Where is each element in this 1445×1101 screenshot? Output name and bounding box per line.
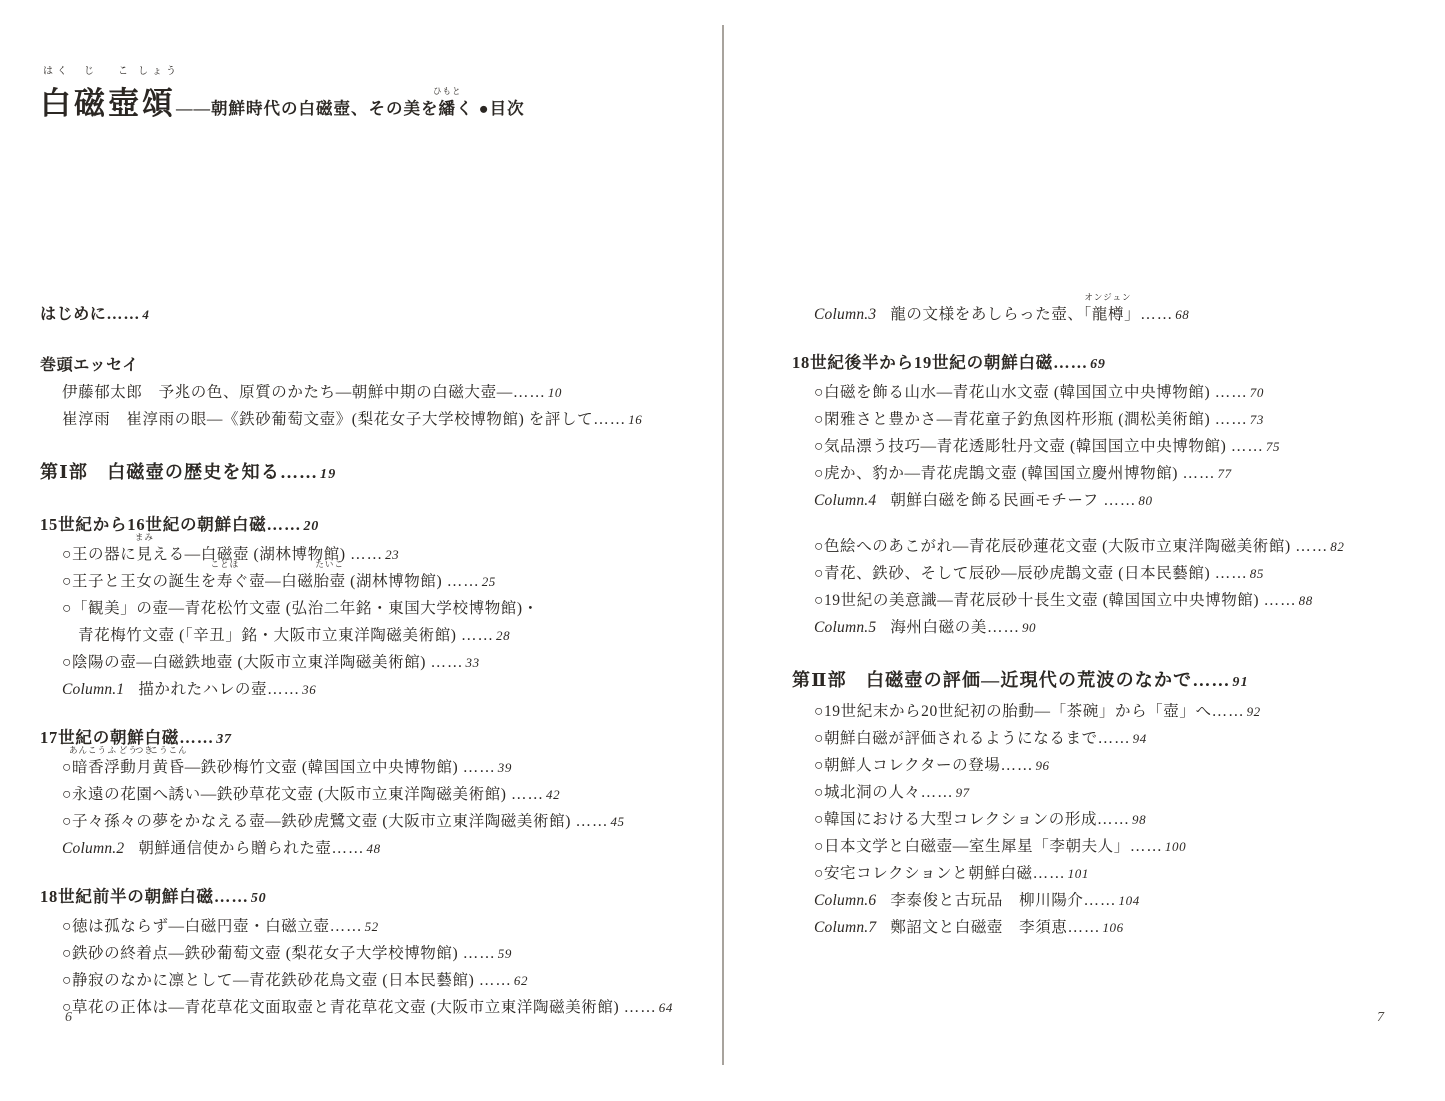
ruby-annotated-text: 寿ことほ: [217, 568, 233, 595]
toc-page-number: 50: [249, 891, 267, 906]
toc-entry-text: ○朝鮮白磁が評価されるようになるまで: [814, 730, 1098, 747]
toc-page-number: 69: [1088, 357, 1106, 372]
toc-dot-leader: ……: [1295, 538, 1328, 555]
toc-dot-leader: ……: [1000, 757, 1033, 774]
toc-entry-text: ○陰陽の壺―白磁鉄地壺 (大阪市立東洋陶磁美術館): [62, 654, 431, 671]
toc-dot-leader: ……: [1067, 919, 1100, 936]
toc-right-column: Column.3龍の文様をあしらった壺、「龍樽オンジュン」……6818世紀後半か…: [792, 301, 1344, 941]
toc-line-item: ○子々孫々の夢をかなえる壺―鉄砂虎鷺文壺 (大阪市立東洋陶磁美術館) ……45: [40, 808, 673, 835]
toc-page-number: 82: [1328, 539, 1344, 554]
toc-entry-text: ○城北洞の人々: [814, 784, 921, 801]
toc-column-label: Column.7: [814, 919, 876, 936]
toc-line-sect: 18世紀前半の朝鮮白磁……50: [40, 883, 673, 913]
toc-page-number: 59: [496, 946, 512, 961]
toc-page-number: 37: [214, 732, 232, 747]
toc-dot-leader: ……: [350, 546, 383, 563]
toc-line-item: ○暗香あんこう浮ふ動どう月つき黄昏こうこん―鉄砂梅竹文壺 (韓国国立中央博物館)…: [40, 754, 673, 781]
toc-dot-leader: ……: [1192, 670, 1230, 690]
toc-page-number: 39: [496, 760, 512, 775]
toc-entry-text: ○永遠の花園へ誘い―鉄砂草花文壺 (大阪市立東洋陶磁美術館): [62, 786, 511, 803]
toc-entry-text: ○朝鮮人コレクターの登場: [814, 757, 1000, 774]
toc-page-number: 23: [383, 547, 399, 562]
toc-dot-leader: ……: [1033, 865, 1066, 882]
toc-line-essay-item: 崔淳雨 崔淳雨の眼―《鉄砂葡萄文壺》(梨花女子大学校博物館) を評して……16: [40, 406, 673, 433]
toc-dot-leader: ……: [511, 786, 544, 803]
toc-page-number: 92: [1245, 704, 1261, 719]
toc-entry-text: ○青花、鉄砂、そして辰砂―辰砂虎鵲文壺 (日本民藝館): [814, 565, 1215, 582]
toc-page-number: 33: [464, 655, 480, 670]
toc-line-item: ○朝鮮白磁が評価されるようになるまで……94: [792, 725, 1344, 752]
toc-entry-text: ○徳は孤ならず―白磁円壺・白磁立壺: [62, 918, 330, 935]
ruby-annotated-text: 見まみ: [136, 541, 152, 568]
toc-dot-leader: ……: [332, 840, 365, 857]
toc-entry-text: 巻頭エッセイ: [40, 357, 139, 374]
toc-entry-text: ○鉄砂の終着点―鉄砂葡萄文壺 (梨花女子大学校博物館): [62, 945, 463, 962]
toc-line-column: Column.1描かれたハレの壺……36: [40, 676, 673, 703]
toc-line-item: ○気品漂う技巧―青花透彫牡丹文壺 (韓国国立中央博物館) ……75: [792, 433, 1344, 460]
toc-entry-text: ○「観美」の壺―青花松竹文壺 (弘治二年銘・東国大学校博物館)・: [62, 600, 539, 617]
toc-page-number: 104: [1117, 893, 1140, 908]
ruby-annotated-text: 繙ひもと: [439, 95, 457, 119]
toc-entry-text: ○王の器に見まみえる―白磁壺 (湖林博物館): [62, 546, 350, 563]
toc-line-item: ○王の器に見まみえる―白磁壺 (湖林博物館) ……23: [40, 541, 673, 568]
toc-page-number: 100: [1163, 839, 1186, 854]
toc-line-plain: はじめに……4: [40, 301, 673, 328]
toc-page-number: 16: [626, 412, 642, 427]
toc-dot-leader: ……: [1140, 306, 1173, 323]
toc-page-number: 73: [1248, 412, 1264, 427]
toc-entry-text: 18世紀後半から19世紀の朝鮮白磁: [792, 353, 1053, 372]
toc-dot-leader: ……: [479, 972, 512, 989]
toc-line-item: ○朝鮮人コレクターの登場……96: [792, 752, 1344, 779]
toc-line-item: ○安宅コレクションと朝鮮白磁……101: [792, 860, 1344, 887]
toc-dot-leader: ……: [1183, 465, 1216, 482]
book-title-subtitle: ――朝鮮時代の白磁壺、その美を繙ひもとく ●目次: [176, 95, 525, 119]
toc-page-number: 106: [1100, 920, 1123, 935]
toc-entry-text: 描かれたハレの壺: [138, 681, 267, 698]
toc-dot-leader: ……: [267, 681, 300, 698]
toc-line-item: ○「観美」の壺―青花松竹文壺 (弘治二年銘・東国大学校博物館)・: [40, 595, 673, 622]
toc-entry-text: ○虎か、豹か―青花虎鵲文壺 (韓国国立慶州博物館): [814, 465, 1183, 482]
toc-page-number: 97: [954, 785, 970, 800]
toc-entry-text: ○韓国における大型コレクションの形成: [814, 811, 1097, 828]
ruby-annotated-text: 壺こ: [108, 78, 142, 123]
ruby-annotated-text: 胎壺たいこ: [314, 568, 346, 595]
toc-entry-text: ○19世紀の美意識―青花辰砂十長生文壺 (韓国国立中央博物館): [814, 592, 1264, 609]
toc-page-number: 4: [140, 307, 149, 322]
toc-page-number: 28: [494, 628, 510, 643]
toc-entry-text: ○色絵へのあこがれ―青花辰砂蓮花文壺 (大阪市立東洋陶磁美術館): [814, 538, 1295, 555]
toc-line-item: ○草花の正体は―青花草花文面取壺と青花草花文壺 (大阪市立東洋陶磁美術館) ………: [40, 994, 673, 1021]
toc-dot-leader: ……: [431, 654, 464, 671]
toc-entry-text: 海州白磁の美: [890, 619, 987, 636]
toc-dot-leader: ……: [1103, 492, 1136, 509]
toc-line-item: ○19世紀末から20世紀初の胎動―「茶碗」から「壺」へ……92: [792, 698, 1344, 725]
toc-line-item: ○王子と王女の誕生を寿ことほぐ壺―白磁胎壺たいこ (湖林博物館) ……25: [40, 568, 673, 595]
toc-entry-text: ○気品漂う技巧―青花透彫牡丹文壺 (韓国国立中央博物館): [814, 438, 1231, 455]
ruby-annotated-text: 暗香あんこう: [72, 754, 104, 781]
ruby-annotated-text: 頌しょう: [142, 78, 176, 123]
toc-entry-text: ○19世紀末から20世紀初の胎動―「茶碗」から「壺」へ: [814, 703, 1212, 720]
toc-dot-leader: ……: [463, 945, 496, 962]
toc-dot-leader: ……: [1212, 703, 1245, 720]
toc-entry-text: ○静寂のなかに凛として―青花鉄砂花鳥文壺 (日本民藝館): [62, 972, 479, 989]
toc-entry-text: 朝鮮通信使から贈られた壺: [138, 840, 331, 857]
toc-entry-text: ○王子と王女の誕生を寿ことほぐ壺―白磁胎壺たいこ (湖林博物館): [62, 573, 447, 590]
toc-line-item: ○鉄砂の終着点―鉄砂葡萄文壺 (梨花女子大学校博物館) ……59: [40, 940, 673, 967]
toc-dot-leader: ……: [214, 887, 249, 906]
toc-page-number: 64: [657, 1000, 673, 1015]
toc-dot-leader: ……: [921, 784, 954, 801]
toc-line-column: Column.3龍の文様をあしらった壺、「龍樽オンジュン」……68: [792, 301, 1344, 328]
toc-page-number: 77: [1216, 466, 1232, 481]
toc-dot-leader: ……: [280, 462, 318, 482]
toc-entry-text: 朝鮮白磁を飾る民画モチーフ: [890, 492, 1103, 509]
toc-page-number: 36: [300, 682, 316, 697]
toc-line-item: ○虎か、豹か―青花虎鵲文壺 (韓国国立慶州博物館) ……77: [792, 460, 1344, 487]
toc-line-part: 第Ⅱ部 白磁壺の評価―近現代の荒波のなかで……91: [792, 665, 1344, 698]
ruby-annotated-text: 黄昏こうこん: [153, 754, 185, 781]
toc-line-column: Column.5海州白磁の美……90: [792, 614, 1344, 641]
book-spread: 白はく磁じ壺こ頌しょう ――朝鮮時代の白磁壺、その美を繙ひもとく ●目次 はじめ…: [0, 0, 1445, 1101]
toc-entry-text: 第Ⅰ部 白磁壺の歴史を知る: [40, 462, 280, 482]
toc-column-label: Column.4: [814, 492, 876, 509]
toc-dot-leader: ……: [1097, 811, 1130, 828]
toc-page-number: 45: [608, 814, 624, 829]
toc-line-item: ○徳は孤ならず―白磁円壺・白磁立壺……52: [40, 913, 673, 940]
toc-page-number: 20: [302, 519, 320, 534]
toc-dot-leader: ……: [447, 573, 480, 590]
toc-page-number: 98: [1130, 812, 1146, 827]
toc-line-item: ○19世紀の美意識―青花辰砂十長生文壺 (韓国国立中央博物館) ……88: [792, 587, 1344, 614]
toc-line-item: ○静寂のなかに凛として―青花鉄砂花鳥文壺 (日本民藝館) ……62: [40, 967, 673, 994]
toc-dot-leader: ……: [1084, 892, 1117, 909]
toc-line-essay-item: 伊藤郁太郎 予兆の色、原質のかたち―朝鮮中期の白磁大壺―……10: [40, 379, 673, 406]
toc-dot-leader: ……: [575, 813, 608, 830]
toc-entry-text: ○安宅コレクションと朝鮮白磁: [814, 865, 1033, 882]
toc-entry-text: 青花梅竹文壺 (「辛丑」銘・大阪市立東洋陶磁美術館): [78, 627, 461, 644]
book-title: 白はく磁じ壺こ頌しょう ――朝鮮時代の白磁壺、その美を繙ひもとく ●目次: [40, 78, 525, 123]
toc-page-number: 101: [1066, 866, 1089, 881]
ruby-annotated-text: 浮ふ: [104, 754, 120, 781]
toc-dot-leader: ……: [513, 384, 546, 401]
toc-line-item: ○永遠の花園へ誘い―鉄砂草花文壺 (大阪市立東洋陶磁美術館) ……42: [40, 781, 673, 808]
toc-page-number: 94: [1131, 731, 1147, 746]
toc-column-label: Column.1: [62, 681, 124, 698]
toc-dot-leader: ……: [1130, 838, 1163, 855]
toc-page-number: 62: [512, 973, 528, 988]
toc-dot-leader: ……: [593, 411, 626, 428]
toc-line-item: ○陰陽の壺―白磁鉄地壺 (大阪市立東洋陶磁美術館) ……33: [40, 649, 673, 676]
toc-line-column: Column.7鄭詔文と白磁壺 李須恵……106: [792, 914, 1344, 941]
toc-line-column: Column.4朝鮮白磁を飾る民画モチーフ ……80: [792, 487, 1344, 514]
toc-dot-leader: ……: [330, 918, 363, 935]
toc-dot-leader: ……: [461, 627, 494, 644]
toc-entry-text: 伊藤郁太郎 予兆の色、原質のかたち―朝鮮中期の白磁大壺―: [62, 384, 513, 401]
toc-dot-leader: ……: [1098, 730, 1131, 747]
toc-line-item: ○城北洞の人々……97: [792, 779, 1344, 806]
page-divider: [722, 25, 724, 1065]
toc-line-item: ○閑雅さと豊かさ―青花童子釣魚図杵形瓶 (澗松美術館) ……73: [792, 406, 1344, 433]
toc-line-sect: 18世紀後半から19世紀の朝鮮白磁……69: [792, 349, 1344, 379]
toc-dot-leader: ……: [106, 306, 140, 323]
ruby-annotated-text: 動どう: [120, 754, 136, 781]
toc-page-number: 19: [318, 467, 336, 482]
left-page-number: 6: [65, 1010, 72, 1026]
toc-page-number: 91: [1230, 675, 1248, 690]
toc-column-label: Column.6: [814, 892, 876, 909]
toc-left-column: はじめに……4巻頭エッセイ伊藤郁太郎 予兆の色、原質のかたち―朝鮮中期の白磁大壺…: [40, 301, 673, 1021]
toc-line-item: ○韓国における大型コレクションの形成……98: [792, 806, 1344, 833]
toc-column-label: Column.3: [814, 306, 876, 323]
toc-entry-text: ○草花の正体は―青花草花文面取壺と青花草花文壺 (大阪市立東洋陶磁美術館): [62, 999, 624, 1016]
toc-page-number: 80: [1136, 493, 1152, 508]
toc-dot-leader: ……: [987, 619, 1020, 636]
toc-entry-text: はじめに: [40, 306, 106, 323]
toc-page-number: 88: [1297, 593, 1313, 608]
toc-entry-text: 第Ⅱ部 白磁壺の評価―近現代の荒波のなかで: [792, 670, 1192, 690]
toc-entry-text: 鄭詔文と白磁壺 李須恵: [890, 919, 1067, 936]
toc-page-number: 85: [1248, 566, 1264, 581]
ruby-annotated-text: 磁じ: [74, 78, 108, 123]
toc-entry-text: ○閑雅さと豊かさ―青花童子釣魚図杵形瓶 (澗松美術館): [814, 411, 1215, 428]
toc-column-label: Column.5: [814, 619, 876, 636]
toc-line-essay-head: 巻頭エッセイ: [40, 352, 673, 379]
toc-entry-text: ○暗香あんこう浮ふ動どう月つき黄昏こうこん―鉄砂梅竹文壺 (韓国国立中央博物館): [62, 759, 463, 776]
toc-line-column: Column.2朝鮮通信使から贈られた壺……48: [40, 835, 673, 862]
toc-dot-leader: ……: [463, 759, 496, 776]
book-title-main: 白はく磁じ壺こ頌しょう: [40, 78, 176, 123]
toc-dot-leader: ……: [1215, 384, 1248, 401]
toc-page-number: 68: [1173, 307, 1189, 322]
toc-column-label: Column.2: [62, 840, 124, 857]
toc-page-number: 52: [363, 919, 379, 934]
toc-entry-text: ○子々孫々の夢をかなえる壺―鉄砂虎鷺文壺 (大阪市立東洋陶磁美術館): [62, 813, 575, 830]
toc-entry-text: 崔淳雨 崔淳雨の眼―《鉄砂葡萄文壺》(梨花女子大学校博物館) を評して: [62, 411, 593, 428]
ruby-annotated-text: 白はく: [40, 78, 74, 123]
toc-line-item: ○白磁を飾る山水―青花山水文壺 (韓国国立中央博物館) ……70: [792, 379, 1344, 406]
toc-line-item: ○色絵へのあこがれ―青花辰砂蓮花文壺 (大阪市立東洋陶磁美術館) ……82: [792, 533, 1344, 560]
toc-entry-text: 18世紀前半の朝鮮白磁: [40, 887, 214, 906]
toc-dot-leader: ……: [267, 515, 302, 534]
ruby-annotated-text: 月つき: [136, 754, 152, 781]
toc-dot-leader: ……: [1053, 353, 1088, 372]
toc-entry-text: ○日本文学と白磁壺―室生犀星「李朝夫人」: [814, 838, 1130, 855]
toc-page-number: 48: [365, 841, 381, 856]
toc-entry-text: ○白磁を飾る山水―青花山水文壺 (韓国国立中央博物館): [814, 384, 1215, 401]
toc-dot-leader: ……: [624, 999, 657, 1016]
toc-line-item-cont: 青花梅竹文壺 (「辛丑」銘・大阪市立東洋陶磁美術館) ……28: [40, 622, 673, 649]
toc-line-column: Column.6李泰俊と古玩品 柳川陽介……104: [792, 887, 1344, 914]
toc-page-number: 42: [544, 787, 560, 802]
toc-dot-leader: ……: [1264, 592, 1297, 609]
toc-entry-text: 龍の文様をあしらった壺、「龍樽オンジュン」: [890, 306, 1140, 323]
toc-page-number: 90: [1020, 620, 1036, 635]
toc-page-number: 75: [1264, 439, 1280, 454]
toc-line-part: 第Ⅰ部 白磁壺の歴史を知る……19: [40, 457, 673, 490]
toc-page-number: 70: [1248, 385, 1264, 400]
ruby-annotated-text: 龍樽オンジュン: [1092, 301, 1124, 328]
right-page-number: 7: [1377, 1010, 1384, 1026]
toc-page-number: 25: [480, 574, 496, 589]
toc-dot-leader: ……: [1231, 438, 1264, 455]
toc-dot-leader: ……: [1215, 565, 1248, 582]
toc-entry-text: 李泰俊と古玩品 柳川陽介: [890, 892, 1083, 909]
toc-page-number: 10: [546, 385, 562, 400]
toc-page-number: 96: [1033, 758, 1049, 773]
toc-line-item: ○日本文学と白磁壺―室生犀星「李朝夫人」……100: [792, 833, 1344, 860]
toc-dot-leader: ……: [1215, 411, 1248, 428]
toc-line-item: ○青花、鉄砂、そして辰砂―辰砂虎鵲文壺 (日本民藝館) ……85: [792, 560, 1344, 587]
